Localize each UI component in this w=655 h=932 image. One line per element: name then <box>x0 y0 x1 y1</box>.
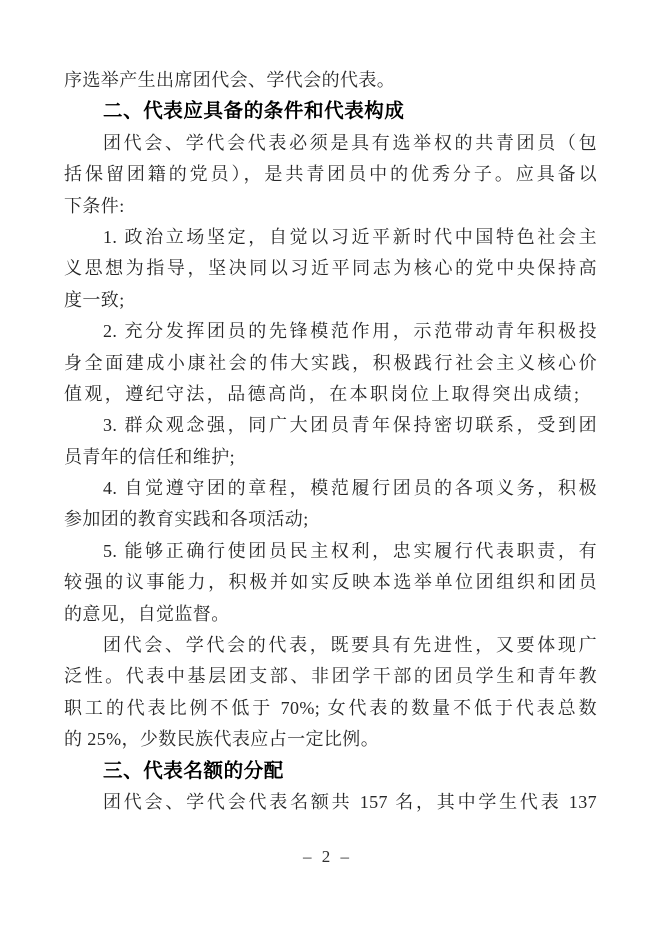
text-line: 4. 自觉遵守团的章程，模范履行团员的各项义务，积极 <box>64 473 597 504</box>
text-line: 括保留团籍的党员），是共青团员中的优秀分子。应具备以 <box>64 159 597 190</box>
text-line: 3. 群众观念强，同广大团员青年保持密切联系，受到团 <box>64 410 597 441</box>
document-page: 序选举产生出席团代会、学代会的代表。二、代表应具备的条件和代表构成团代会、学代会… <box>0 0 655 932</box>
text-line: 的意见，自觉监督。 <box>64 599 597 630</box>
text-line: 泛性。代表中基层团支部、非团学干部的团员学生和青年教 <box>64 661 597 692</box>
page-number: – 2 – <box>0 847 655 867</box>
text-line: 2. 充分发挥团员的先锋模范作用，示范带动青年积极投 <box>64 316 597 347</box>
text-line: 团代会、学代会的代表，既要具有先进性，又要体现广 <box>64 630 597 661</box>
text-line: 身全面建成小康社会的伟大实践，积极践行社会主义核心价 <box>64 348 597 379</box>
text-line: 下条件: <box>64 191 597 222</box>
section-heading: 三、代表名额的分配 <box>64 756 597 787</box>
section-heading: 二、代表应具备的条件和代表构成 <box>64 96 597 127</box>
text-line: 值观，遵纪守法，品德高尚，在本职岗位上取得突出成绩; <box>64 379 597 410</box>
text-line: 参加团的教育实践和各项活动; <box>64 504 597 535</box>
text-line: 5. 能够正确行使团员民主权利，忠实履行代表职责，有 <box>64 536 597 567</box>
text-line: 团代会、学代会代表必须是具有选举权的共青团员（包 <box>64 128 597 159</box>
text-line: 较强的议事能力，积极并如实反映本选举单位团组织和团员 <box>64 567 597 598</box>
text-line: 职工的代表比例不低于 70%; 女代表的数量不低于代表总数 <box>64 693 597 724</box>
text-line: 的 25%，少数民族代表应占一定比例。 <box>64 724 597 755</box>
text-line: 员青年的信任和维护; <box>64 442 597 473</box>
text-column: 序选举产生出席团代会、学代会的代表。二、代表应具备的条件和代表构成团代会、学代会… <box>64 65 597 818</box>
text-line: 团代会、学代会代表名额共 157 名，其中学生代表 137 <box>64 787 597 818</box>
text-line: 度一致; <box>64 285 597 316</box>
text-line: 1. 政治立场坚定，自觉以习近平新时代中国特色社会主 <box>64 222 597 253</box>
text-line: 义思想为指导，坚决同以习近平同志为核心的党中央保持高 <box>64 253 597 284</box>
text-line: 序选举产生出席团代会、学代会的代表。 <box>64 65 597 96</box>
